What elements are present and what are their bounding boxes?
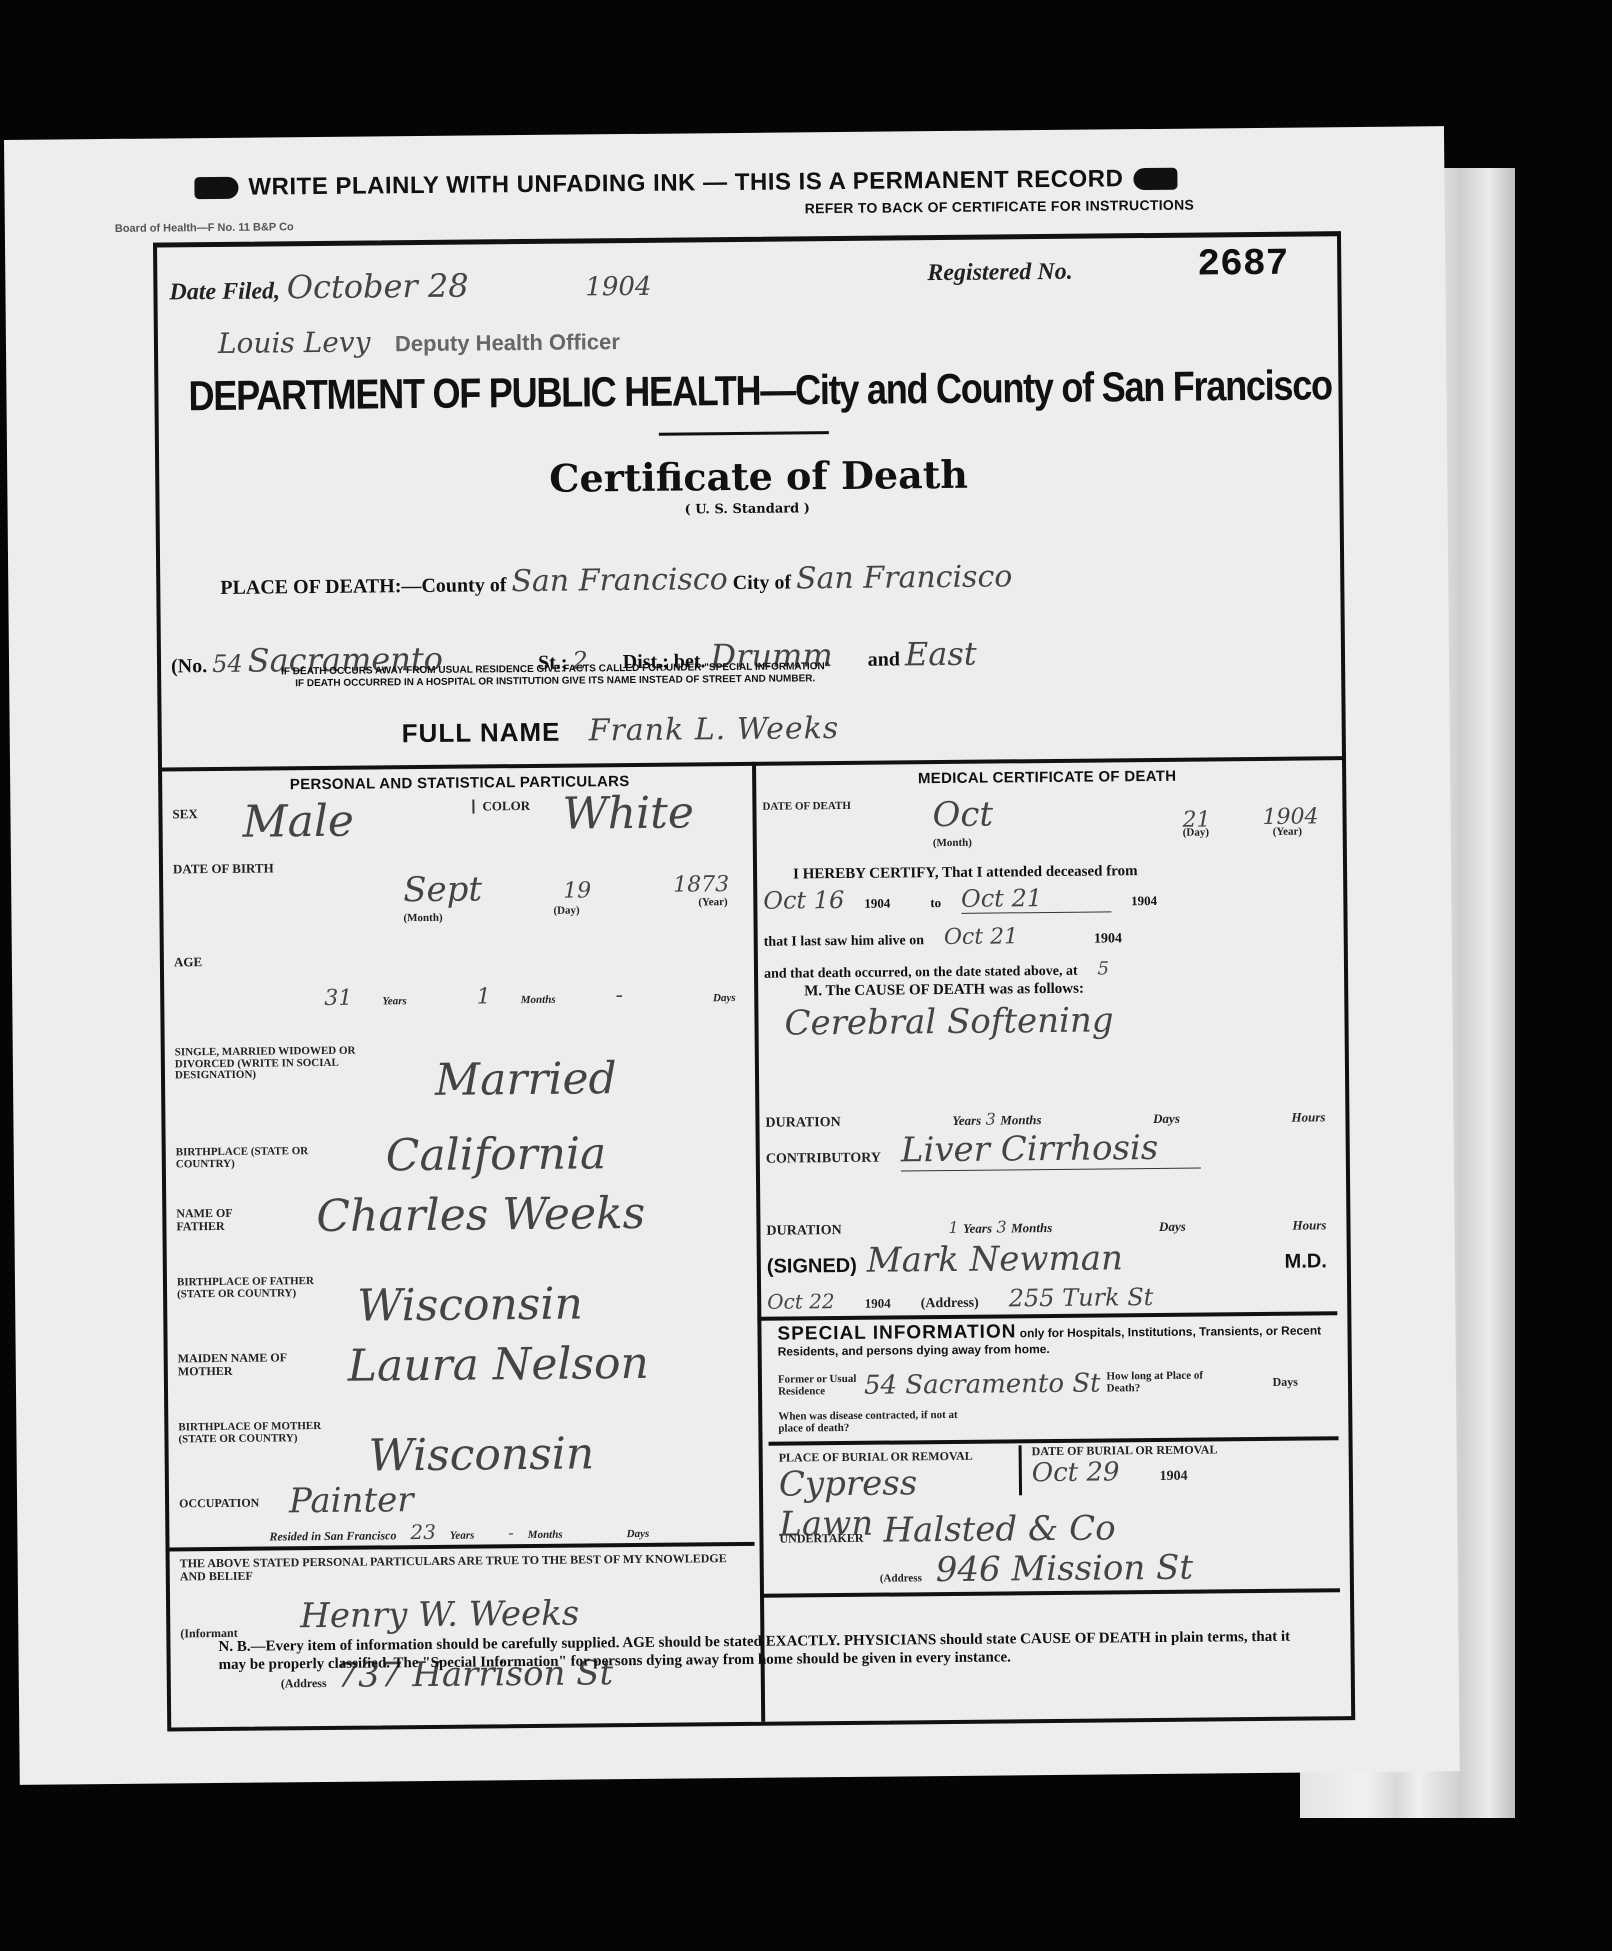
deputy-health-officer: Louis Levy Deputy Health Officer [218,323,620,360]
registered-number: 2687 [1197,243,1289,287]
dob-month: Sept [403,869,482,910]
form-number: Board of Health—F No. 11 B&P Co [115,221,294,235]
residence-duration: Resided in San Francisco 23 Years - Mont… [269,1518,649,1546]
full-name-row: FULL NAME Frank L. Weeks [402,711,840,750]
mother-name: Laura Nelson [348,1338,650,1392]
certificate-subtitle: ( U. S. Standard ) [685,501,810,517]
dob-day: 19 [563,878,591,903]
physician-name: Mark Newman [867,1237,1275,1281]
special-information: SPECIAL INFORMATION only for Hospitals, … [777,1318,1327,1359]
marital-status: Married [435,1053,617,1106]
burial-bottom-rule [760,1588,1340,1598]
physician-signature: (SIGNED) Mark Newman M.D. [767,1236,1327,1281]
undertaker: UNDERTAKER Halsted & Co [779,1508,1116,1551]
place-of-death: PLACE OF DEATH:—County of San Francisco … [220,559,1012,602]
last-seen-alive: that I last saw him alive on Oct 21 1904 [764,923,1122,951]
former-residence: Former or Usual Residence 54 Sacramento … [778,1366,1328,1401]
informant-name: Henry W. Weeks [300,1594,579,1637]
birthplace-value: California [386,1128,607,1181]
refer-instructions: REFER TO BACK OF CERTIFICATE FOR INSTRUC… [805,197,1195,217]
registered-label: Registered No. [927,259,1073,287]
occupation-value: Painter [289,1480,414,1521]
father-name: Charles Weeks [316,1188,645,1242]
city-value: San Francisco [796,559,1013,596]
age-row: 31 Years 1 Months - Days [324,982,736,1011]
personal-particulars-section: PERSONAL AND STATISTICAL PARTICULARS SEX… [172,772,756,1717]
banner-text: WRITE PLAINLY WITH UNFADING INK — THIS I… [248,165,1123,201]
pointing-hand-icon [1133,168,1177,190]
title-rule [659,431,829,436]
dob-year: 1873 [673,872,729,898]
undertaker-address: (Address 946 Mission St [880,1548,1194,1591]
informant-statement: THE ABOVE STATED PERSONAL PARTICULARS AR… [180,1552,750,1583]
color-value: White [562,787,694,839]
full-name-value: Frank L. Weeks [589,711,840,748]
contributory-cause: CONTRIBUTORY Liver Cirrhosis [766,1128,1202,1173]
department-title: DEPARTMENT OF PUBLIC HEALTH—City and Cou… [188,361,1332,420]
county-value: San Francisco [511,562,728,599]
certificate-frame: Date Filed, October 28 1904 Registered N… [153,231,1355,1731]
duration-2: DURATION 1 Years 3 Months Days Hours [766,1214,1326,1239]
pointing-hand-icon [194,177,238,199]
mother-birthplace: Wisconsin [368,1428,594,1481]
father-birthplace: Wisconsin [357,1278,583,1331]
attended-period: Oct 16 1904 to Oct 21 1904 [763,883,1157,916]
certificate-title: Certificate of Death [549,452,968,501]
signature-date-address: Oct 22 1904 (Address) 255 Turk St [767,1283,1153,1315]
age-months: 1 [477,984,491,1009]
deputy-signature: Louis Levy [218,325,371,359]
sex-value: Male [242,796,354,848]
date-filed: Date Filed, October 28 1904 [169,265,651,308]
burial-date: DATE of BURIAL or REMOVAL Oct 29 1904 [1019,1442,1332,1495]
death-month: Oct [932,795,993,836]
date-filed-value: October 28 [287,267,469,307]
medical-certificate-section: MEDICAL CERTIFICATE OF DEATH DATE OF DEA… [762,766,1341,1711]
duration-1: DURATION Years 3 Months Days Hours [765,1106,1325,1131]
address-note: IF DEATH OCCURS AWAY FROM USUAL RESIDENC… [281,661,830,689]
age-years: 31 [324,986,352,1011]
section-title: MEDICAL CERTIFICATE OF DEATH [762,766,1332,788]
death-time: and that death occurred, on the date sta… [764,958,1109,982]
cause-of-death: Cerebral Softening [784,1000,1113,1043]
death-certificate-page: WRITE PLAINLY WITH UNFADING INK — THIS I… [4,126,1460,1785]
